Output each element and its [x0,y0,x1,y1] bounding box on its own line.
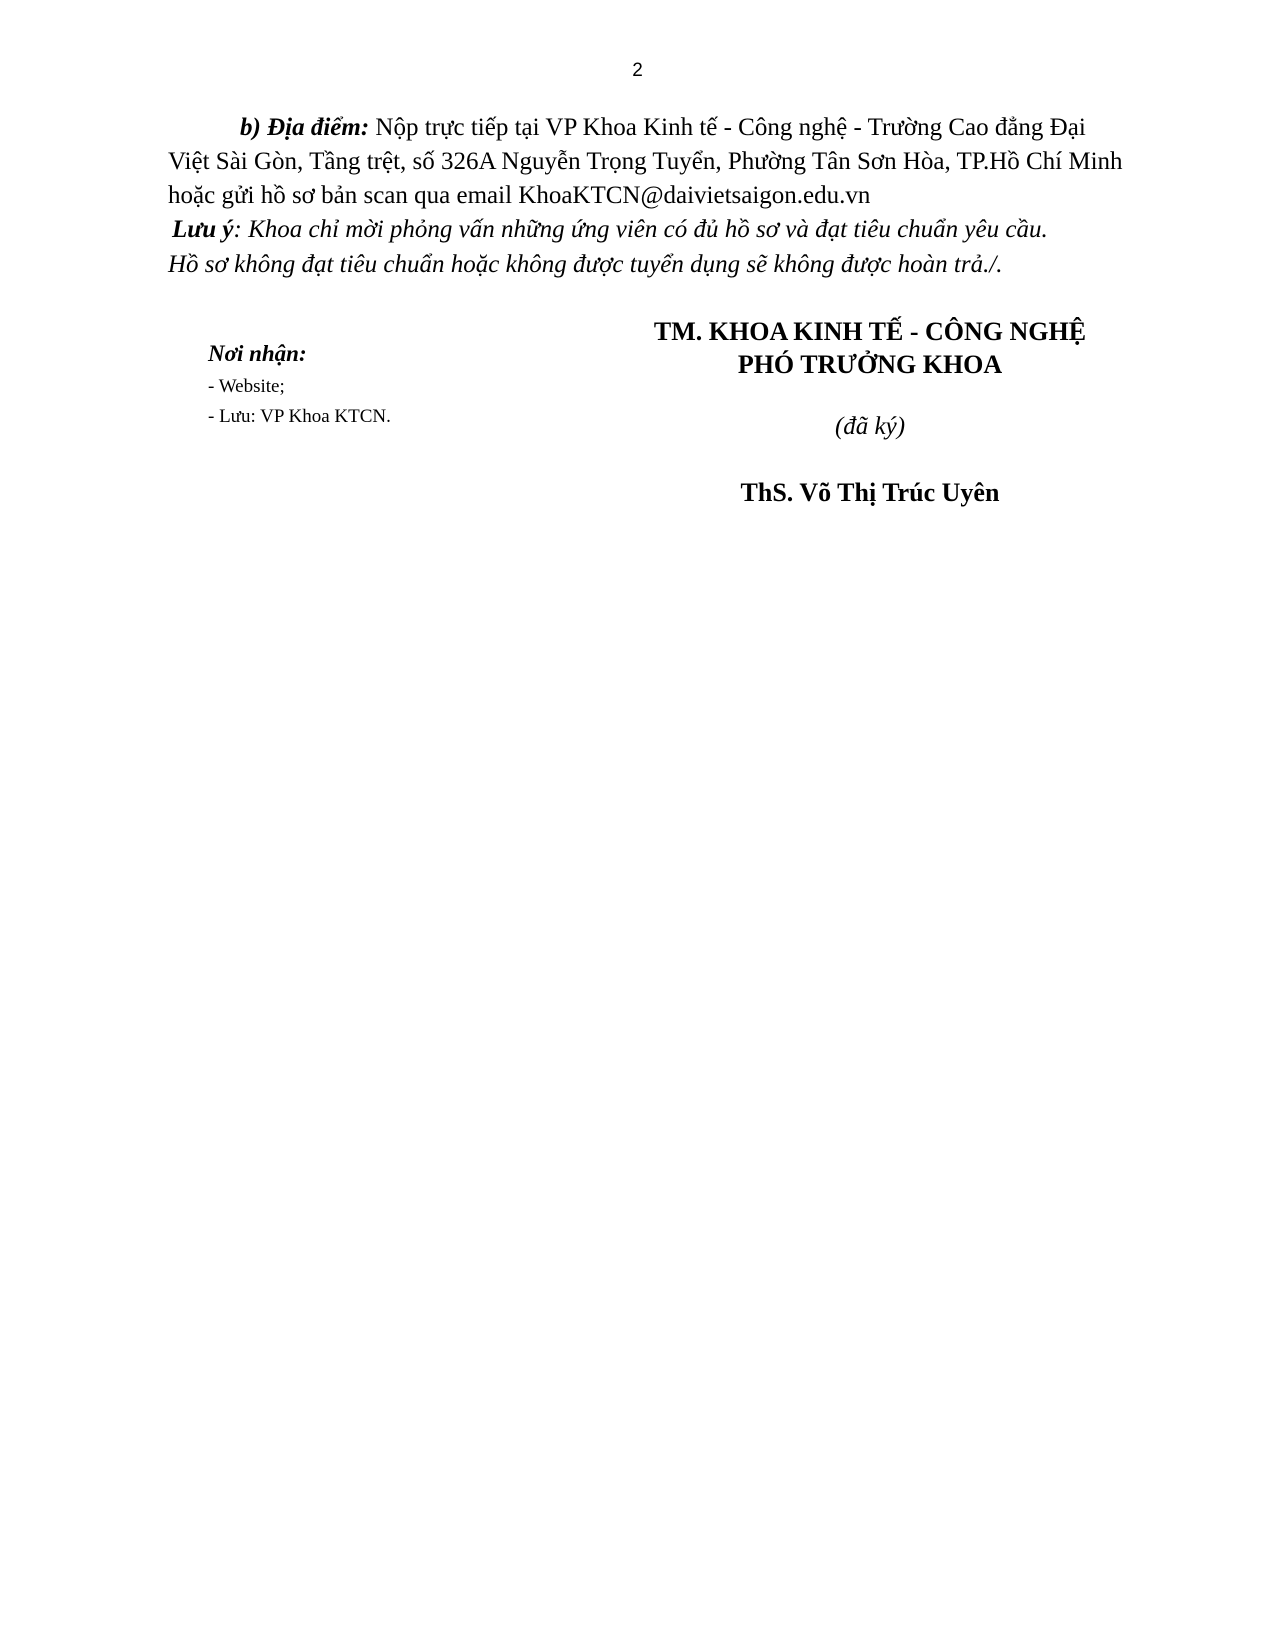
recipient-item: - Website; [208,376,285,398]
page-number: 2 [0,60,1275,82]
note-line-2: Hồ sơ không đạt tiêu chuẩn hoặc không đư… [168,248,1003,282]
signer-name: ThS. Võ Thị Trúc Uyên [630,478,1110,508]
location-label: b) Địa điểm: [240,114,369,141]
location-line-1: b) Địa điểm: Nộp trực tiếp tại VP Khoa K… [240,111,1086,145]
signed-note: (đã ký) [630,413,1110,441]
recipients-title: Nơi nhận: [208,341,307,367]
note-line-1: Lưu ý: Khoa chỉ mời phỏng vấn những ứng … [172,213,1048,247]
recipient-item: - Lưu: VP Khoa KTCN. [208,406,391,428]
note-label: Lưu ý [172,216,234,243]
signature-org: TM. KHOA KINH TẾ - CÔNG NGHỆ [630,317,1110,347]
location-line-2: Việt Sài Gòn, Tầng trệt, số 326A Nguyễn … [168,145,1123,179]
signature-position: PHÓ TRƯỞNG KHOA [630,350,1110,380]
note-text-1: : Khoa chỉ mời phỏng vấn những ứng viên … [234,216,1048,243]
location-line-3: hoặc gửi hồ sơ bản scan qua email KhoaKT… [168,179,870,213]
location-text-1: Nộp trực tiếp tại VP Khoa Kinh tế - Công… [369,114,1086,141]
